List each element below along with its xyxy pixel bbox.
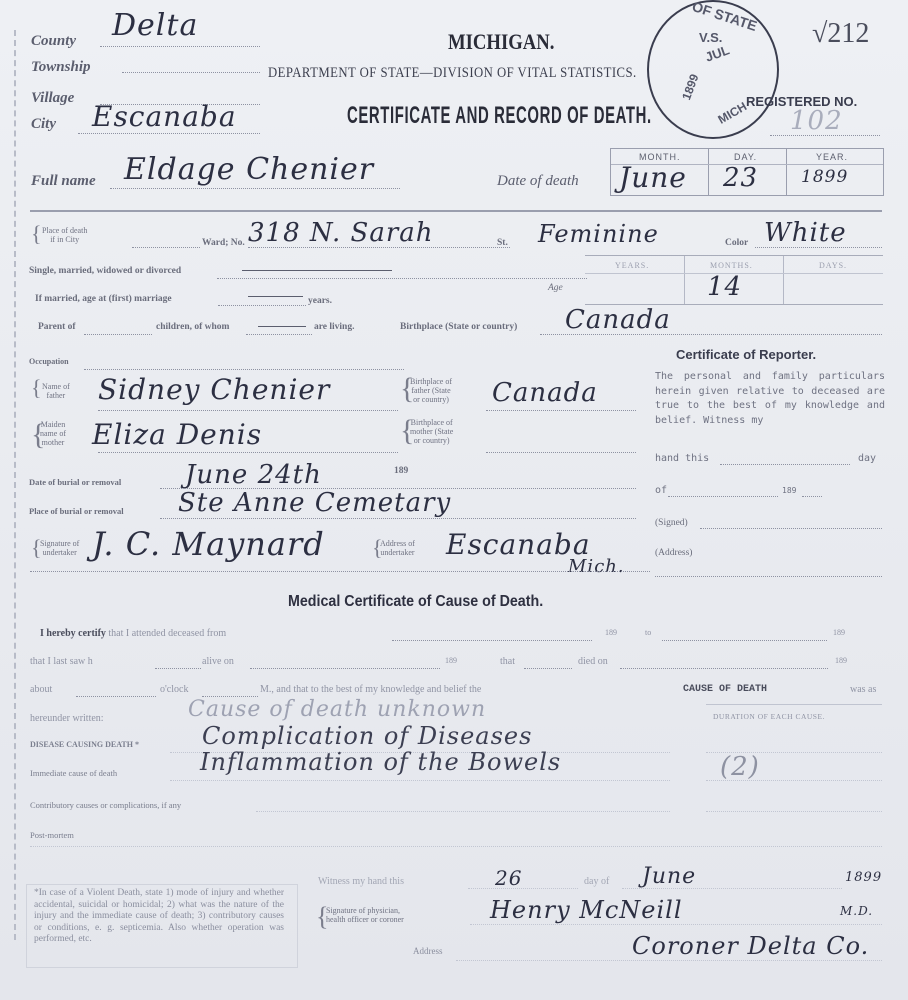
mother-birthplace-line (486, 452, 636, 453)
ual-1: Address of (380, 539, 415, 548)
registered-line (770, 135, 880, 136)
ml-1: Maiden (41, 420, 65, 429)
alive-on-line (250, 668, 440, 669)
immediate-duration-line (706, 780, 882, 781)
color-line (755, 247, 882, 248)
hand-this-label: hand this (655, 452, 709, 467)
of-line (668, 496, 778, 497)
alive-on-label: alive on (202, 656, 234, 667)
fbp-2: father (State (411, 386, 450, 395)
of-label: of (655, 484, 667, 499)
months-header: MONTHS. (710, 261, 753, 270)
fbp-3: or country) (413, 395, 449, 404)
burial-date-label: Date of burial or removal (29, 477, 121, 487)
witness-year-value: 1899 (845, 870, 882, 885)
place-line (132, 247, 200, 248)
certify-text: that I attended deceased from (108, 628, 226, 639)
undertaker-line (30, 571, 650, 572)
father-name-value: Sidney Chenier (98, 373, 330, 406)
physician-address-label: Address (413, 946, 443, 956)
reporter-address-line (655, 576, 882, 577)
age-months-value: 14 (707, 272, 742, 302)
hereunder-value: Cause of death unknown (188, 697, 486, 722)
place-label-2: if in City (50, 235, 79, 244)
immediate-duration: (2) (720, 752, 760, 782)
full-name-value: Eldage Chenier (124, 152, 374, 187)
reporter-address-label: (Address) (655, 548, 692, 558)
address-value: 318 N. Sarah (248, 218, 434, 248)
certificate-title: CERTIFICATE AND RECORD OF DEATH. (347, 102, 652, 130)
section-rule (30, 210, 882, 212)
mother-name-value: Eliza Denis (92, 418, 262, 451)
certify-line: I hereby certify that I attended decease… (40, 628, 226, 639)
signed-label: (Signed) (655, 518, 688, 528)
father-birthplace-line (486, 410, 636, 411)
witness-month-value: June (642, 864, 696, 889)
disease-label: DISEASE CAUSING DEATH * (30, 740, 139, 749)
village-label: Village (31, 90, 74, 107)
registered-no-value: 102 (790, 106, 843, 136)
color-value: White (764, 218, 847, 248)
violent-note-box (26, 884, 298, 968)
sex-value: Feminine (538, 220, 659, 248)
year-header: YEAR. (816, 152, 848, 162)
perforated-edge (14, 30, 19, 940)
witness-day-line (468, 888, 578, 889)
reporter-year-line (802, 496, 822, 497)
grid-divider (783, 256, 784, 304)
birthplace-line (540, 334, 882, 335)
about-line (76, 696, 156, 697)
day-header: DAY. (734, 152, 757, 162)
city-value: Escanaba (92, 100, 237, 133)
ml-3: mother (42, 438, 65, 447)
color-label: Color (725, 238, 748, 248)
father-label: Name offather (42, 382, 70, 400)
contributory-duration-line (706, 811, 882, 812)
mbp-1: Birthplace of (411, 418, 453, 427)
signature-label: Signature of physician,health officer or… (326, 906, 404, 924)
ward-label: Ward; No. (202, 238, 245, 248)
knowledge-text: M., and that to the best of my knowledge… (260, 684, 481, 695)
hereunder-label: hereunder written: (30, 713, 104, 724)
township-label: Township (31, 59, 90, 76)
about-label: about (30, 684, 52, 695)
father-birthplace-label: Birthplace offather (Stateor country) (410, 377, 452, 404)
received-stamp: OF STATE V.S. JUL 1899 MICH (647, 0, 779, 139)
died-on-label: died on (578, 656, 608, 667)
parent-of-label: Parent of (38, 322, 76, 332)
parent-of-line (84, 334, 152, 335)
ml-2: name of (40, 429, 66, 438)
city-label: City (31, 116, 56, 133)
stamp-line5: MICH (716, 99, 750, 126)
fbp-1: Birthplace of (410, 377, 452, 386)
county-label: County (31, 33, 76, 50)
witness-label: Witness my hand this (318, 876, 404, 887)
stamp-line2: V.S. (699, 30, 722, 45)
that-label: that (500, 656, 515, 667)
disease-value: Complication of Diseases (202, 722, 532, 750)
certify-to: to (645, 628, 651, 637)
address-line (248, 247, 510, 248)
marital-dash (242, 270, 392, 271)
last-saw-line (155, 668, 201, 669)
age-marriage-dash (248, 296, 303, 297)
death-month: June (619, 161, 687, 194)
date-of-death-label: Date of death (497, 173, 579, 190)
attended-to-line (662, 640, 827, 641)
county-value: Delta (112, 8, 198, 43)
living-label: are living. (314, 322, 354, 332)
contributory-line (256, 811, 670, 812)
witness-day-value: 26 (495, 866, 522, 890)
death-year: 1899 (801, 167, 848, 187)
death-certificate: County Delta Township Village City Escan… (0, 0, 908, 1000)
burial-year: 189 (394, 466, 408, 476)
witness-day-of-label: day of (584, 876, 609, 887)
cause-of-death-bold: CAUSE OF DEATH (683, 684, 767, 695)
day-label: day (858, 452, 876, 467)
township-line (122, 72, 260, 73)
occupation-label: Occupation (29, 357, 69, 366)
marital-label: Single, married, widowed or divorced (29, 266, 181, 276)
age-marriage-label: If married, age at (first) marriage (35, 294, 172, 304)
sig-label-2: health officer or coroner (326, 915, 404, 924)
oclock-label: o'clock (160, 684, 188, 695)
sig-label-1: Signature of physician, (326, 906, 400, 915)
grid-divider (684, 256, 685, 304)
county-line (100, 46, 260, 47)
state-title: MICHIGAN. (448, 29, 554, 55)
reporter-body: The personal and family particulars here… (655, 370, 885, 428)
father-birthplace-value: Canada (492, 378, 598, 408)
children-label: children, of whom (156, 322, 229, 332)
duration-rule (706, 704, 882, 705)
days-header: DAYS. (819, 261, 847, 270)
postmortem-label: Post-mortem (30, 830, 74, 840)
department-title: DEPARTMENT OF STATE—DIVISION OF VITAL ST… (268, 65, 637, 82)
died-on-line (620, 668, 828, 669)
contributory-label: Contributory causes or complications, if… (30, 800, 181, 810)
signature-value: Henry McNeill (490, 896, 683, 924)
death-day: 23 (723, 163, 758, 193)
birthplace-label: Birthplace (State or country) (400, 322, 517, 332)
mother-label: Maidenname ofmother (40, 420, 66, 447)
full-name-label: Full name (31, 173, 96, 190)
place-label-1: Place of death (42, 226, 87, 235)
immediate-label: Immediate cause of death (30, 768, 117, 778)
physician-address-line (456, 960, 882, 961)
brace: { (31, 221, 42, 247)
grid-divider (708, 149, 709, 195)
years-label: years. (308, 296, 332, 306)
brace: { (31, 375, 42, 401)
stamp-line1: OF STATE (690, 0, 759, 34)
mbp-3: or country) (414, 436, 450, 445)
reporter-year-label: 189 (782, 484, 796, 499)
marital-line (217, 278, 587, 279)
mbp-2: mother (State (410, 427, 453, 436)
father-line (98, 410, 398, 411)
full-name-line (110, 188, 400, 189)
undertaker-address-value-2: Mich. (568, 556, 625, 577)
burial-place-line (160, 518, 636, 519)
died-189: 189 (835, 656, 847, 665)
physician-address-value: Coroner Delta Co. (632, 932, 869, 960)
hand-this-line (720, 464, 850, 465)
was-as-label: was as (850, 684, 876, 695)
undertaker-label: Signature ofundertaker (40, 539, 79, 557)
place-of-death-label: Place of deathif in City (42, 226, 87, 244)
ul-2: undertaker (43, 548, 77, 557)
age-grid: YEARS. MONTHS. DAYS. 14 (585, 255, 883, 305)
burial-date-value: June 24th (185, 460, 322, 490)
stamp-line3: JUL (703, 42, 731, 64)
city-line (78, 133, 260, 134)
father-label-1: Name of (42, 382, 70, 391)
years-header: YEARS. (615, 261, 649, 270)
burial-place-value: Ste Anne Cemetary (178, 488, 451, 518)
ual-2: undertaker (380, 548, 414, 557)
undertaker-value: J. C. Maynard (92, 525, 325, 563)
reporter-title: Certificate of Reporter. (676, 347, 816, 362)
mother-line (98, 452, 398, 453)
signature-line (470, 924, 882, 925)
postmortem-line (30, 846, 882, 847)
grid-divider (786, 149, 787, 195)
age-label: Age (548, 283, 563, 293)
certify-189a: 189 (605, 628, 617, 637)
date-of-death-grid: MONTH. DAY. YEAR. June 23 1899 (610, 148, 884, 196)
certify-bold: I hereby certify (40, 628, 106, 639)
age-marriage-line (218, 305, 306, 306)
burial-place-label: Place of burial or removal (29, 506, 124, 516)
certify-189b: 189 (833, 628, 845, 637)
undertaker-address-label: Address ofundertaker (380, 539, 415, 557)
file-number: √212 (812, 18, 869, 50)
stamp-line4: 1899 (679, 72, 701, 102)
attended-from-line (392, 640, 592, 641)
children-dash (258, 326, 306, 327)
medical-title: Medical Certificate of Cause of Death. (288, 593, 543, 611)
immediate-line (170, 780, 670, 781)
occupation-line (84, 369, 404, 370)
alive-189: 189 (445, 656, 457, 665)
father-label-2: father (47, 391, 66, 400)
children-line (246, 334, 312, 335)
immediate-value: Inflammation of the Bowels (200, 748, 561, 776)
duration-header: DURATION OF EACH CAUSE. (713, 712, 825, 721)
that-line (524, 668, 572, 669)
street-label: St. (497, 238, 508, 248)
ul-1: Signature of (40, 539, 79, 548)
last-saw-label: that I last saw h (30, 656, 93, 667)
signature-suffix: M.D. (840, 904, 873, 918)
signed-line (700, 528, 882, 529)
birthplace-value: Canada (565, 305, 671, 335)
mother-birthplace-label: Birthplace ofmother (Stateor country) (410, 418, 453, 445)
